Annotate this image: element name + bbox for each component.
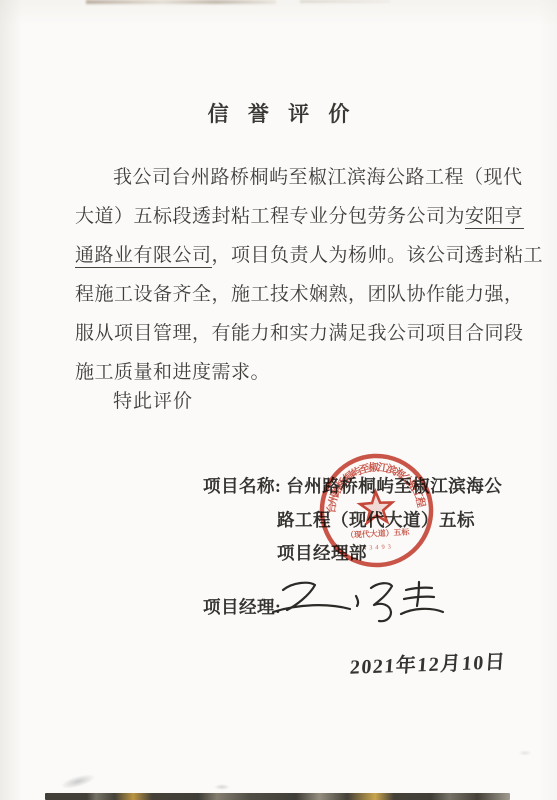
- seal-serial-number: 43493: [363, 543, 394, 552]
- body-line-text: 施工质量和进度需求。: [75, 362, 270, 383]
- red-official-seal: 台州路桥桐屿至椒江滨海公路工程 （现代大道）五标 43493: [314, 448, 439, 573]
- body-line-text: 我公司台州路桥桐屿至椒江滨海公路工程（现代: [113, 167, 523, 188]
- seal-inner-text: （现代大道）五标: [346, 527, 411, 540]
- body-paragraph: 我公司台州路桥桐屿至椒江滨海公路工程（现代 大道）五标段透封粘工程专业分包劳务公…: [75, 158, 495, 392]
- seal-graphic: 台州路桥桐屿至椒江滨海公路工程 （现代大道）五标 43493: [314, 448, 439, 573]
- body-line-text: 大道）五标段透封粘工程专业分包劳务公司为: [75, 206, 465, 227]
- signature-stroke: [401, 609, 443, 614]
- signature-stroke: [356, 596, 358, 606]
- closing-phrase: 特此评价: [113, 386, 193, 413]
- handwritten-date: 2021年12月10日: [349, 645, 507, 680]
- scan-top-edge-smudge-2: [300, 0, 390, 3]
- document-title: 信 誉 评 价: [0, 98, 557, 128]
- scan-smudge: [214, 784, 230, 790]
- body-line: 程施工设备齐全，施工技术娴熟，团队协作能力强，: [75, 275, 495, 314]
- body-line-text: ，项目负责人为杨帅。该公司透封粘工: [212, 245, 544, 266]
- body-line: 我公司台州路桥桐屿至椒江滨海公路工程（现代: [75, 158, 495, 197]
- underlined-company-name-part2: 通路业有限公司: [75, 245, 212, 268]
- underlined-company-name-part1: 安阳亨: [465, 206, 524, 229]
- body-line-text: 服从项目管理，有能力和实力满足我公司项目合同段: [75, 323, 524, 344]
- signature-stroke: [371, 583, 392, 621]
- body-line: 通路业有限公司，项目负责人为杨帅。该公司透封粘工: [75, 236, 495, 275]
- body-line-text: 程施工设备齐全，施工技术娴熟，团队协作能力强，: [75, 284, 524, 305]
- scan-top-edge-smudge: [86, 0, 276, 4]
- scan-smudge: [59, 771, 97, 791]
- scan-smudge: [518, 750, 532, 756]
- body-line: 服从项目管理，有能力和实力满足我公司项目合同段: [75, 314, 495, 353]
- handwritten-signature: [243, 572, 448, 634]
- scanned-document-page: 信 誉 评 价 我公司台州路桥桐屿至椒江滨海公路工程（现代 大道）五标段透封粘工…: [0, 0, 557, 800]
- body-line: 大道）五标段透封粘工程专业分包劳务公司为安阳亨: [75, 197, 495, 236]
- project-name-label: 项目名称:: [203, 476, 281, 496]
- star-icon: [359, 491, 393, 523]
- scan-bottom-edge-artifact: [45, 793, 510, 800]
- signature-stroke: [417, 582, 419, 606]
- signature-stroke: [273, 605, 350, 612]
